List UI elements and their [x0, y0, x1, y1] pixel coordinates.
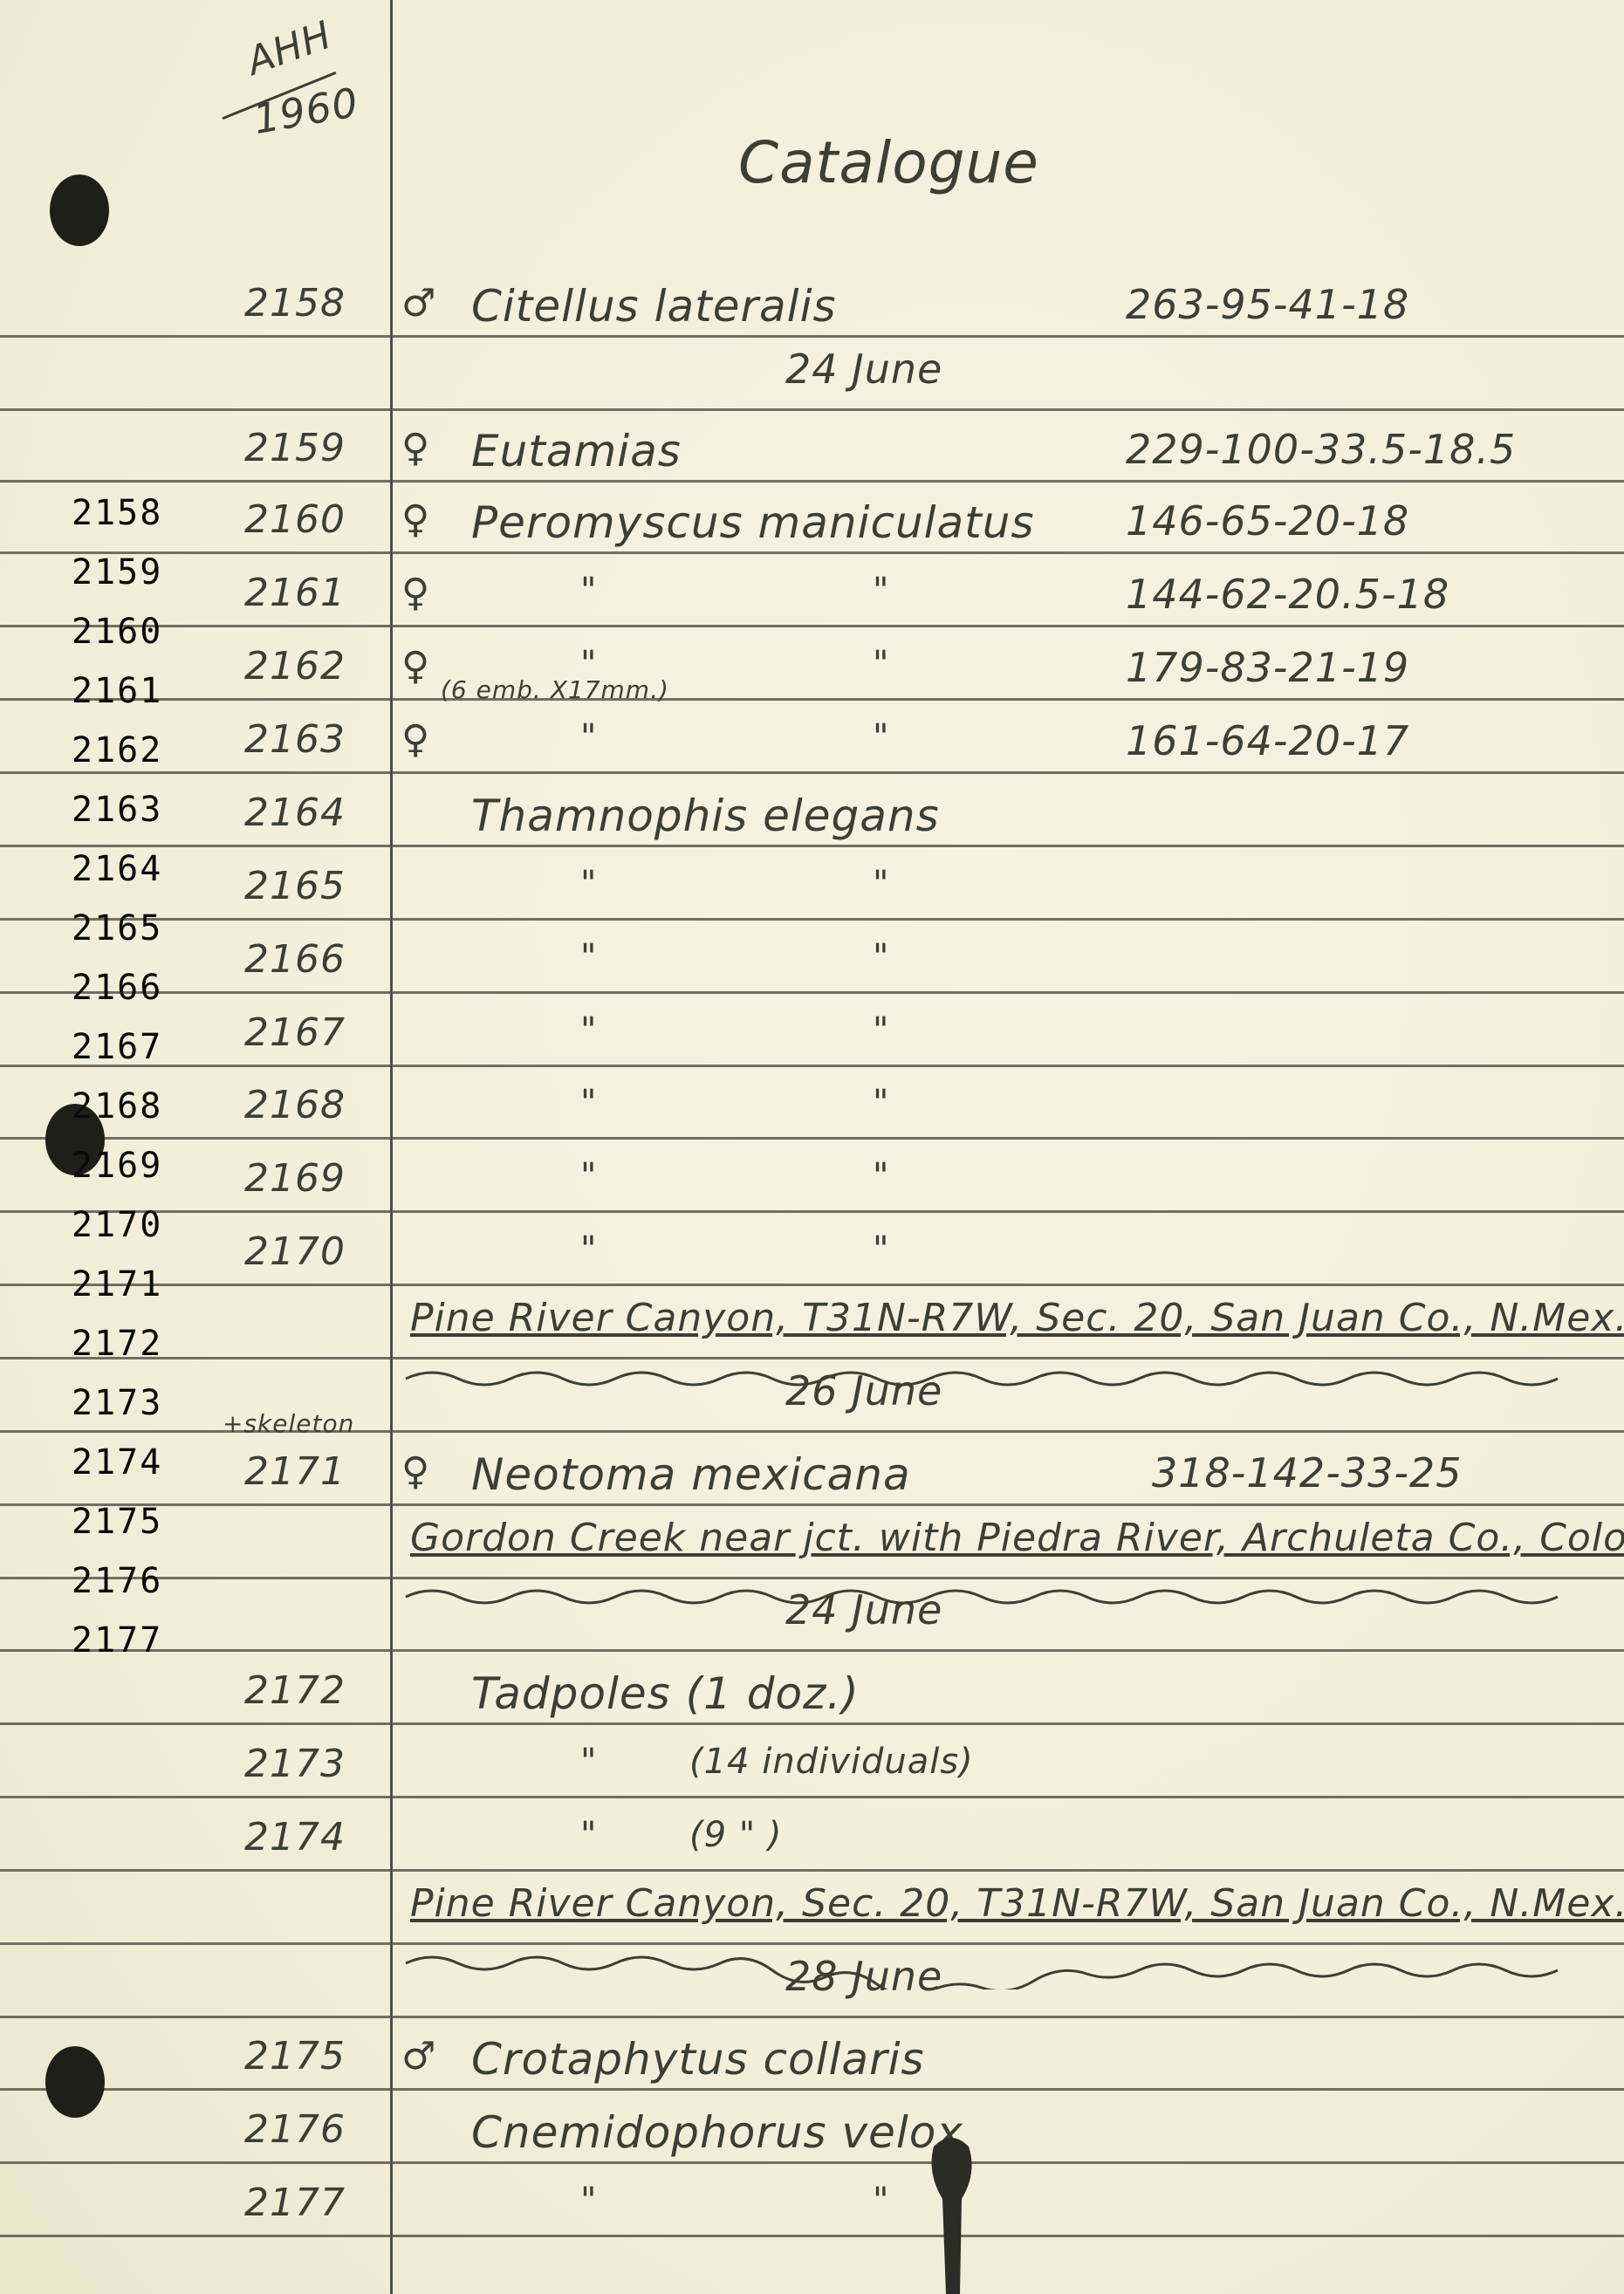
ditto-mark: "	[873, 1010, 889, 1051]
entry-number: 2161	[244, 571, 346, 615]
ditto-mark: "	[873, 1156, 889, 1196]
entry-number: 2169	[244, 1156, 346, 1201]
entry-number: 2163	[244, 717, 346, 762]
locality-text: Gordon Creek near jct. with Piedra River…	[410, 1516, 1624, 1560]
locality-underline-3	[401, 1946, 1623, 1989]
typed-margin-number: 2169	[72, 1146, 162, 1186]
rule-line	[0, 551, 1624, 554]
locality-text: Pine River Canyon, Sec. 20, T31N-R7W, Sa…	[410, 1881, 1624, 1926]
ditto-mark: "	[580, 2181, 597, 2221]
typed-margin-number: 2159	[72, 552, 162, 592]
entry-note: (14 individuals)	[689, 1742, 974, 1782]
ditto-mark: "	[873, 644, 889, 684]
sex-symbol: ♀	[401, 717, 430, 762]
species-name: Neotoma mexicana	[471, 1449, 911, 1500]
ditto-mark: "	[580, 937, 597, 977]
sex-symbol: ♀	[401, 1449, 430, 1494]
typed-margin-number: 2168	[72, 1086, 162, 1126]
typed-margin-number: 2161	[72, 671, 162, 711]
entry-number: 2174	[244, 1815, 346, 1859]
entry-number: 2162	[244, 644, 346, 688]
locality-underline-2	[401, 1579, 1623, 1614]
rule-line	[0, 1137, 1624, 1140]
entry-annotation: +skeleton	[223, 1409, 354, 1438]
page-title: Catalogue	[738, 129, 1039, 196]
ditto-mark: "	[580, 571, 597, 611]
typed-margin-number: 2163	[72, 790, 162, 830]
species-name: Thamnophis elegans	[471, 791, 940, 841]
ditto-mark: "	[873, 1083, 889, 1123]
header-year: 1960	[250, 79, 362, 143]
rule-line	[0, 1869, 1624, 1872]
ditto-mark: "	[873, 571, 889, 611]
rule-line	[0, 408, 1624, 411]
rule-line	[0, 625, 1624, 627]
ditto-mark: "	[873, 717, 889, 757]
entry-number: 2173	[244, 1742, 346, 1786]
typed-margin-number: 2175	[72, 1502, 162, 1542]
rule-line	[0, 918, 1624, 921]
measurements: 144-62-20.5-18	[1126, 571, 1449, 618]
rule-line	[0, 698, 1624, 701]
typed-margin-number: 2176	[72, 1561, 162, 1601]
ditto-mark: "	[873, 937, 889, 977]
typed-margin-number: 2170	[72, 1205, 162, 1245]
measurements: 146-65-20-18	[1126, 497, 1409, 544]
typed-margin-number: 2172	[72, 1324, 162, 1364]
typed-margin-number: 2166	[72, 968, 162, 1008]
species-name: Tadpoles (1 doz.)	[471, 1668, 860, 1719]
entry-number: 2164	[244, 791, 346, 835]
sex-symbol: ♂	[401, 2034, 436, 2078]
entry-number: 2167	[244, 1010, 346, 1055]
species-name: Citellus lateralis	[471, 281, 837, 332]
entry-number: 2165	[244, 864, 346, 908]
sex-symbol: ♀	[401, 644, 430, 688]
entry-note: (9 " )	[689, 1815, 783, 1855]
ditto-mark: "	[580, 864, 597, 904]
rule-line	[0, 845, 1624, 847]
margin-line	[390, 0, 393, 2294]
rule-line	[0, 335, 1624, 338]
locality-underline-1	[401, 1361, 1623, 1396]
typed-margin-number: 2158	[72, 493, 162, 533]
entry-number: 2160	[244, 497, 346, 542]
typed-margin-number: 2165	[72, 908, 162, 948]
typed-margin-number: 2177	[72, 1620, 162, 1661]
ditto-mark: "	[580, 1815, 597, 1855]
rule-line	[0, 1357, 1624, 1359]
entry-number: 2166	[244, 937, 346, 982]
typed-margin-number: 2171	[72, 1264, 162, 1304]
entry-number: 2171	[244, 1449, 346, 1494]
entry-number: 2170	[244, 1229, 346, 1274]
rule-line	[0, 991, 1624, 994]
rule-line	[0, 1942, 1624, 1945]
sex-symbol: ♀	[401, 571, 430, 615]
rule-line	[0, 1722, 1624, 1725]
typed-margin-number: 2173	[72, 1383, 162, 1423]
species-name: Eutamias	[471, 426, 682, 476]
ditto-mark: "	[873, 864, 889, 904]
entry-number: 2176	[244, 2107, 346, 2152]
ditto-mark: "	[873, 1229, 889, 1270]
sex-symbol: ♀	[401, 497, 430, 542]
typed-margin-number: 2160	[72, 612, 162, 652]
rule-line	[0, 2235, 1624, 2237]
typed-margin-number: 2167	[72, 1027, 162, 1067]
locality-text: Pine River Canyon, T31N-R7W, Sec. 20, Sa…	[410, 1296, 1624, 1340]
ditto-mark: "	[580, 1156, 597, 1196]
measurements: 263-95-41-18	[1126, 281, 1409, 328]
measurements: 229-100-33.5-18.5	[1126, 426, 1516, 473]
entry-number: 2177	[244, 2181, 346, 2225]
rule-line	[0, 1503, 1624, 1506]
binder-hole-bottom	[45, 2046, 105, 2118]
species-name: Crotaphytus collaris	[471, 2034, 925, 2085]
species-name: Peromyscus maniculatus	[471, 497, 1035, 548]
rule-line	[0, 2161, 1624, 2164]
entry-number: 2172	[244, 1668, 346, 1713]
rule-line	[0, 2088, 1624, 2091]
header-initials: AHH	[241, 13, 338, 85]
rule-line	[0, 1796, 1624, 1798]
ditto-mark: "	[580, 1083, 597, 1123]
sex-symbol: ♂	[401, 281, 436, 325]
typed-margin-number: 2174	[72, 1442, 162, 1483]
rule-line	[0, 1210, 1624, 1213]
rule-line	[0, 1649, 1624, 1652]
measurements: 179-83-21-19	[1126, 644, 1409, 691]
ditto-mark: "	[580, 717, 597, 757]
sex-symbol: ♀	[401, 426, 430, 470]
entry-number: 2159	[244, 426, 346, 470]
species-name: Cnemidophorus velox	[471, 2107, 963, 2158]
entry-number: 2168	[244, 1083, 346, 1127]
rule-line	[0, 771, 1624, 774]
ditto-mark: "	[873, 2181, 889, 2221]
ink-blot	[916, 2129, 986, 2294]
measurements: 318-142-33-25	[1152, 1449, 1462, 1496]
entry-note: (6 emb. X17mm.)	[441, 675, 669, 704]
ditto-mark: "	[580, 1010, 597, 1051]
collection-date: 24 June	[785, 346, 942, 393]
measurements: 161-64-20-17	[1126, 717, 1409, 764]
ditto-mark: "	[580, 1229, 597, 1270]
binder-hole-top	[50, 175, 109, 246]
catalogue-page: AHH 1960 Catalogue 215821592160216121622…	[0, 0, 1624, 2294]
entry-number: 2158	[244, 281, 346, 325]
typed-margin-number: 2164	[72, 849, 162, 889]
rule-line	[0, 1284, 1624, 1286]
ditto-mark: "	[580, 1742, 597, 1782]
rule-line	[0, 2016, 1624, 2018]
rule-line	[0, 1065, 1624, 1067]
entry-number: 2175	[244, 2034, 346, 2078]
typed-margin-number: 2162	[72, 730, 162, 770]
rule-line	[0, 480, 1624, 483]
